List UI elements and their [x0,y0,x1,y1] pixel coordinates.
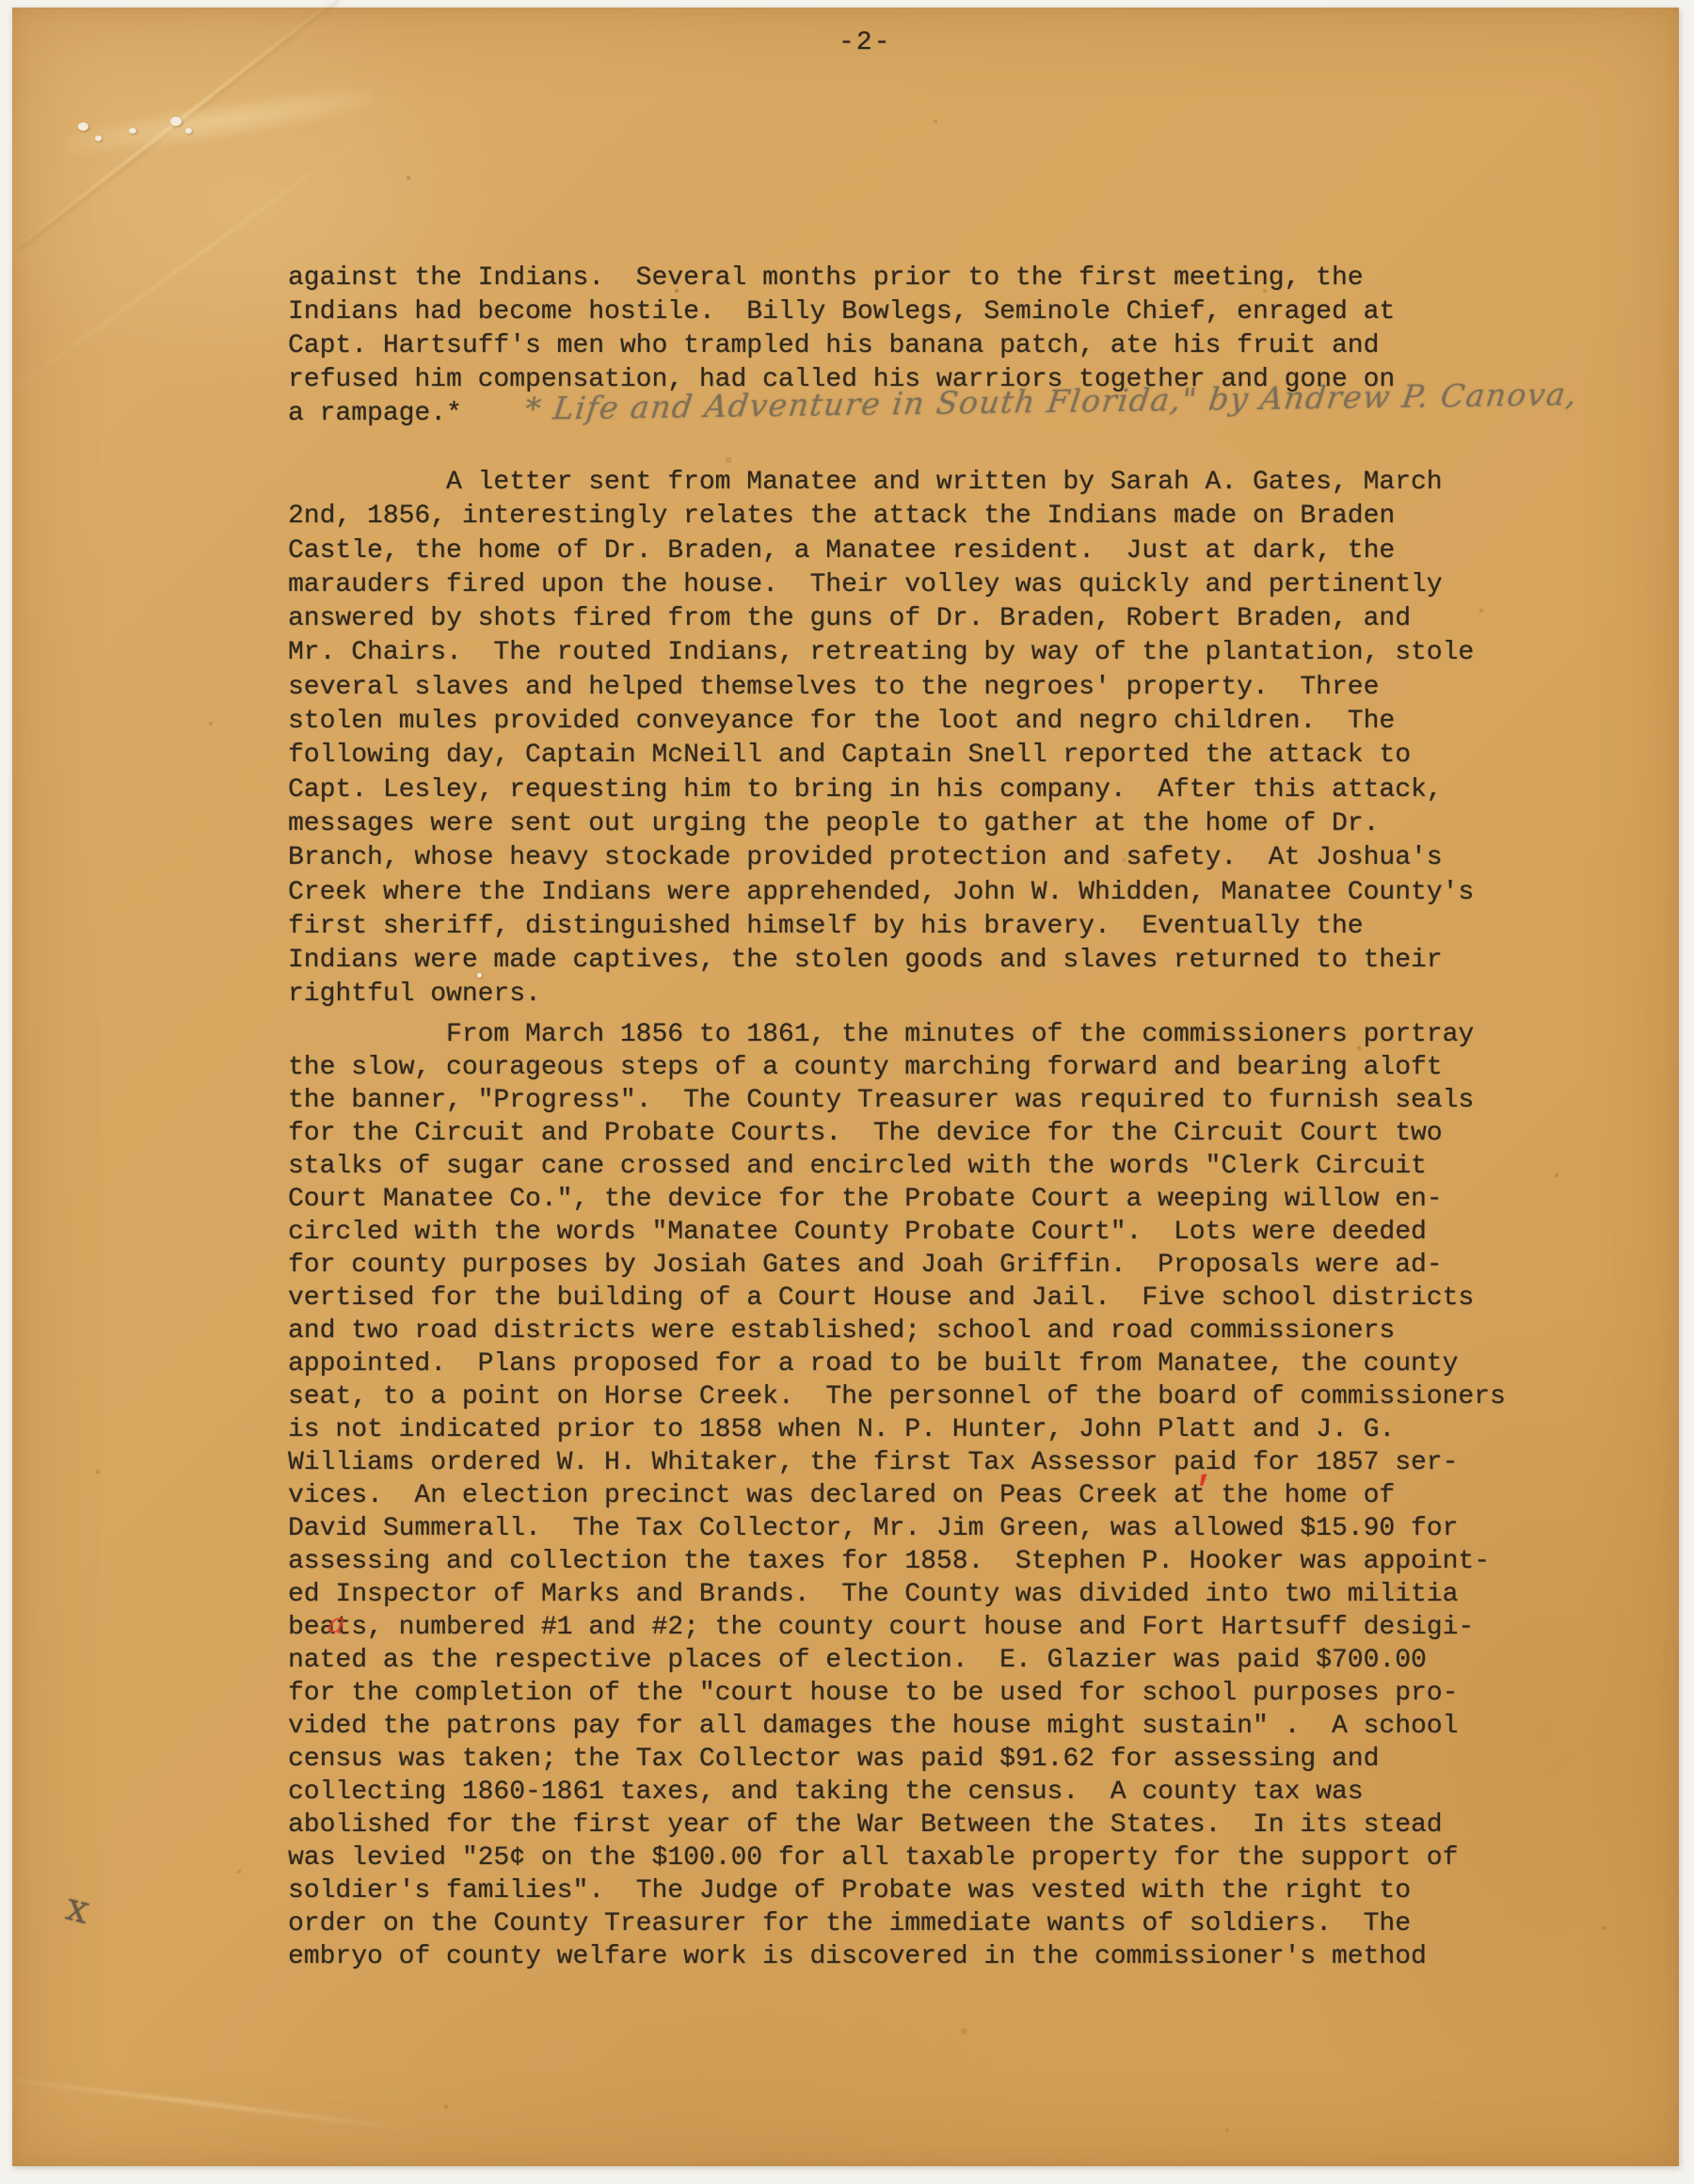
text-line: Mr. Chairs. The routed Indians, retreati… [288,638,1474,672]
text-line: Capt. Hartsuff's men who trampled his ba… [288,331,1395,365]
text-line: order on the County Treasurer for the im… [288,1909,1506,1942]
text-line: Creek where the Indians were apprehended… [288,878,1474,912]
text-line: Capt. Lesley, requesting him to bring in… [288,775,1474,809]
red-comma-annotation: , [1192,1450,1217,1491]
text-line: for county purposes by Josiah Gates and … [288,1251,1506,1283]
text-line: stolen mules provided conveyance for the… [288,707,1474,741]
pencil-x-mark: x [61,1883,94,1933]
text-line: circled with the words "Manatee County P… [288,1218,1506,1251]
text-line: abolished for the first year of the War … [288,1810,1506,1843]
paper-damage-chip [129,128,136,134]
text-line: assessing and collection the taxes for 1… [288,1547,1506,1580]
text-line: vices. An election precinct was declared… [288,1481,1506,1514]
text-line: embryo of county welfare work is discove… [288,1942,1506,1975]
paragraph-3: From March 1856 to 1861, the minutes of … [288,1020,1506,1975]
text-line: against the Indians. Several months prio… [288,263,1395,297]
text-line: marauders fired upon the house. Their vo… [288,570,1474,604]
text-line: several slaves and helped themselves to … [288,673,1474,707]
text-line: seat, to a point on Horse Creek. The per… [288,1382,1506,1415]
text-line: census was taken; the Tax Collector was … [288,1745,1506,1777]
paper-damage-chip [170,117,182,126]
text-line: messages were sent out urging the people… [288,809,1474,843]
text-line: following day, Captain McNeill and Capta… [288,741,1474,774]
page-number: -2- [839,28,891,57]
text-line: Branch, whose heavy stockade provided pr… [288,843,1474,877]
text-line: 2nd, 1856, interestingly relates the att… [288,502,1474,535]
text-line: stalks of sugar cane crossed and encircl… [288,1152,1506,1185]
text-line: nated as the respective places of electi… [288,1646,1506,1679]
text-line: answered by shots fired from the guns of… [288,604,1474,638]
text-line: rightful owners. [288,980,1474,1013]
text-line: From March 1856 to 1861, the minutes of … [288,1020,1506,1053]
text-line: vertised for the building of a Court Hou… [288,1283,1506,1316]
text-line: Indians had become hostile. Billy Bowleg… [288,297,1395,331]
text-line: is not indicated prior to 1858 when N. P… [288,1415,1506,1448]
text-line: David Summerall. The Tax Collector, Mr. … [288,1514,1506,1547]
paragraph-2: A letter sent from Manatee and written b… [288,468,1474,1014]
text-line: for the Circuit and Probate Courts. The … [288,1119,1506,1152]
text-line: Castle, the home of Dr. Braden, a Manate… [288,536,1474,570]
text-line: the banner, "Progress". The County Treas… [288,1086,1506,1119]
crease-mark [0,2075,416,2131]
text-line: collecting 1860-1861 taxes, and taking t… [288,1777,1506,1810]
text-line: was levied "25¢ on the $100.00 for all t… [288,1843,1506,1876]
paper-damage-chip [95,136,102,141]
document-page: -2- against the Indians. Several months … [12,8,1679,2166]
text-line: the slow, courageous steps of a county m… [288,1053,1506,1086]
text-line: Williams ordered W. H. Whitaker, the fir… [288,1448,1506,1481]
paper-damage-chip [78,122,88,131]
text-line: vided the patrons pay for all damages th… [288,1712,1506,1745]
text-line: appointed. Plans proposed for a road to … [288,1349,1506,1382]
text-line: ed Inspector of Marks and Brands. The Co… [288,1580,1506,1613]
text-line: Indians were made captives, the stolen g… [288,946,1474,980]
scanner-background: { "page": { "number": "-2-" }, "annotati… [0,0,1694,2184]
paper-wrinkle [63,77,376,165]
text-line: soldier's families". The Judge of Probat… [288,1876,1506,1909]
paper-specks [12,8,14,9]
text-line: beats, numbered #1 and #2; the county co… [288,1613,1506,1646]
paper-damage-chip [185,128,192,134]
text-line: and two road districts were established;… [288,1316,1506,1349]
text-line: A letter sent from Manatee and written b… [288,468,1474,502]
text-line: first sheriff, distinguished himself by … [288,912,1474,946]
crease-mark [16,0,337,248]
text-line: for the completion of the "court house t… [288,1679,1506,1712]
text-line: Court Manatee Co.", the device for the P… [288,1185,1506,1218]
